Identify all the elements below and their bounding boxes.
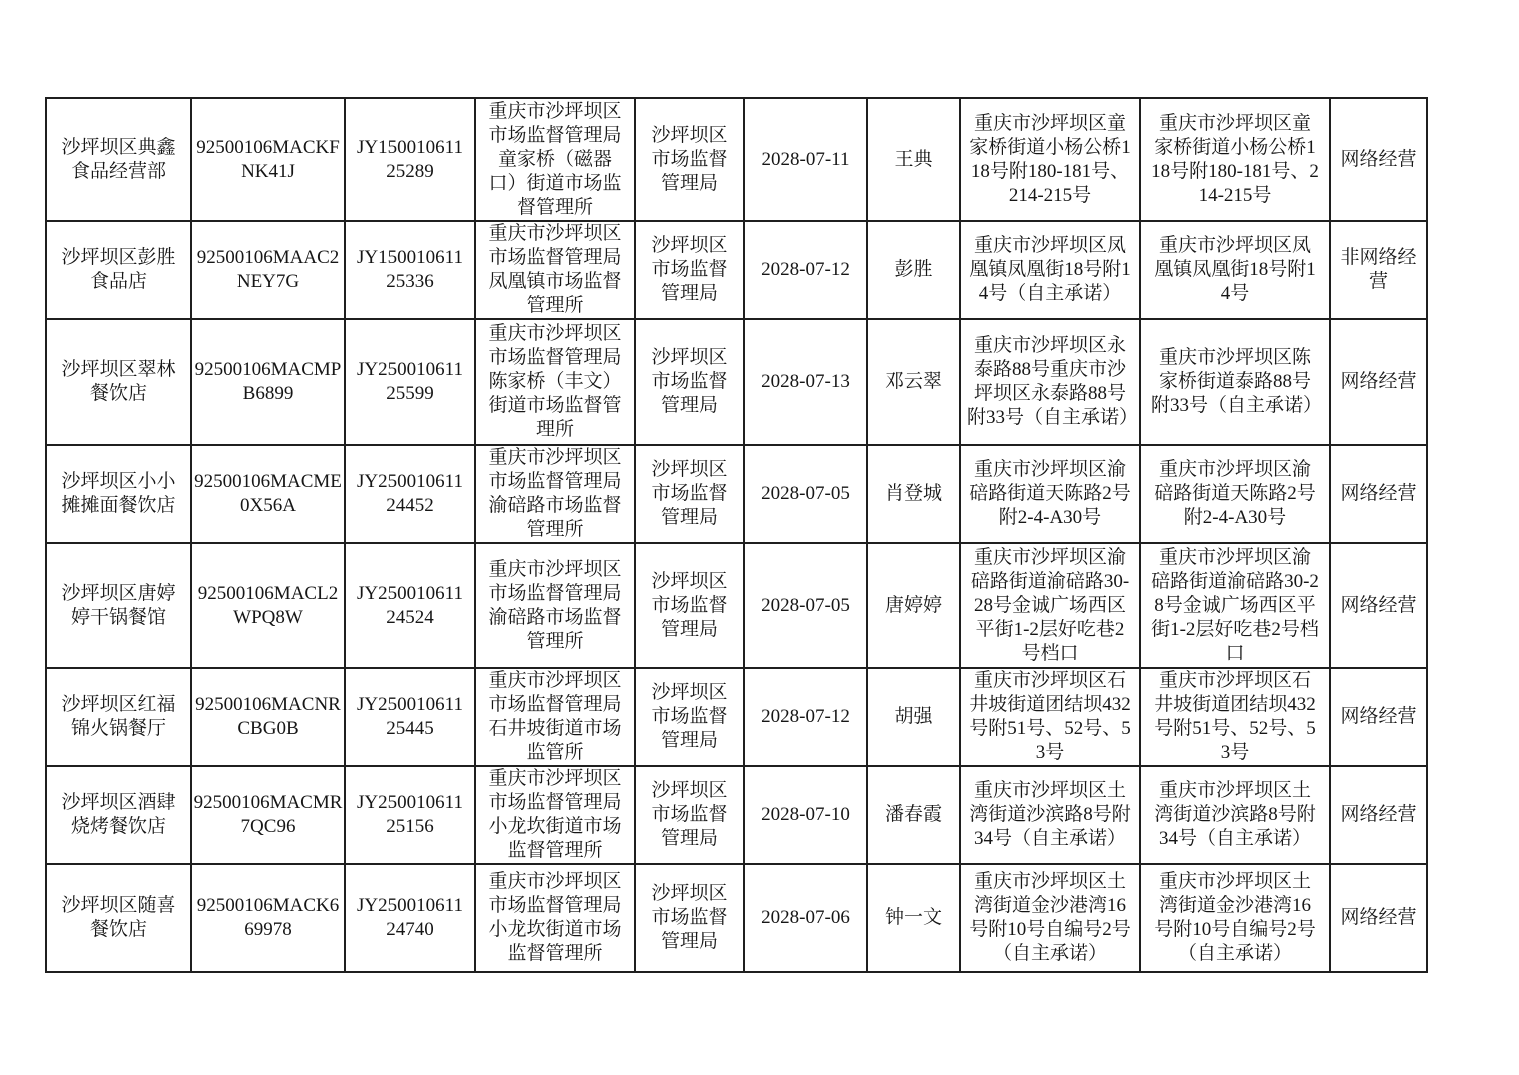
cell-date: 2028-07-05 <box>744 445 867 543</box>
table-row: 沙坪坝区彭胜食品店 92500106MAAC2NEY7G JY150010611… <box>46 221 1427 319</box>
cell-license-no: JY25001061124524 <box>345 543 475 668</box>
cell-address-2: 重庆市沙坪坝区土湾街道金沙港湾16号附10号自编号2号（自主承诺） <box>1140 864 1330 972</box>
cell-address-1: 重庆市沙坪坝区土湾街道金沙港湾16号附10号自编号2号（自主承诺） <box>960 864 1140 972</box>
cell-address-1: 重庆市沙坪坝区童家桥街道小杨公桥118号附180-181号、214-215号 <box>960 98 1140 221</box>
cell-license-no: JY25001061124452 <box>345 445 475 543</box>
cell-license-no: JY25001061125156 <box>345 766 475 864</box>
cell-authority: 沙坪坝区市场监督管理局 <box>635 543 744 668</box>
cell-address-1: 重庆市沙坪坝区渝碚路街道渝碚路30-28号金诚广场西区平街1-2层好吃巷2号档口 <box>960 543 1140 668</box>
cell-address-2: 重庆市沙坪坝区土湾街道沙滨路8号附34号（自主承诺） <box>1140 766 1330 864</box>
cell-registration-office: 重庆市沙坪坝区市场监督管理局石井坡街道市场监管所 <box>475 668 635 766</box>
cell-signatory: 胡强 <box>867 668 960 766</box>
cell-address-2: 重庆市沙坪坝区凤凰镇凤凰街18号附14号 <box>1140 221 1330 319</box>
cell-credit-code: 92500106MACK669978 <box>191 864 345 972</box>
cell-business-name: 沙坪坝区随喜餐饮店 <box>46 864 191 972</box>
cell-date: 2028-07-12 <box>744 221 867 319</box>
cell-address-2: 重庆市沙坪坝区石井坡街道团结坝432号附51号、52号、53号 <box>1140 668 1330 766</box>
cell-address-1: 重庆市沙坪坝区石井坡街道团结坝432号附51号、52号、53号 <box>960 668 1140 766</box>
document-page: 沙坪坝区典鑫食品经营部 92500106MACKFNK41J JY1500106… <box>0 0 1519 1075</box>
cell-business-type: 网络经营 <box>1330 319 1427 445</box>
cell-credit-code: 92500106MACL2WPQ8W <box>191 543 345 668</box>
cell-registration-office: 重庆市沙坪坝区市场监督管理局渝碚路市场监督管理所 <box>475 543 635 668</box>
cell-address-2: 重庆市沙坪坝区渝碚路街道渝碚路30-28号金诚广场西区平街1-2层好吃巷2号档口 <box>1140 543 1330 668</box>
cell-business-type: 网络经营 <box>1330 543 1427 668</box>
cell-signatory: 肖登城 <box>867 445 960 543</box>
cell-date: 2028-07-06 <box>744 864 867 972</box>
cell-registration-office: 重庆市沙坪坝区市场监督管理局渝碚路市场监督管理所 <box>475 445 635 543</box>
cell-address-2: 重庆市沙坪坝区童家桥街道小杨公桥118号附180-181号、214-215号 <box>1140 98 1330 221</box>
cell-business-type: 网络经营 <box>1330 445 1427 543</box>
cell-license-no: JY25001061125445 <box>345 668 475 766</box>
cell-business-name: 沙坪坝区翠林餐饮店 <box>46 319 191 445</box>
cell-business-name: 沙坪坝区红福锦火锅餐厅 <box>46 668 191 766</box>
table-row: 沙坪坝区随喜餐饮店 92500106MACK669978 JY250010611… <box>46 864 1427 972</box>
cell-credit-code: 92500106MACME0X56A <box>191 445 345 543</box>
cell-business-type: 网络经营 <box>1330 98 1427 221</box>
cell-date: 2028-07-13 <box>744 319 867 445</box>
cell-business-type: 非网络经营 <box>1330 221 1427 319</box>
cell-license-no: JY15001061125289 <box>345 98 475 221</box>
license-registry-table: 沙坪坝区典鑫食品经营部 92500106MACKFNK41J JY1500106… <box>45 97 1428 973</box>
cell-signatory: 潘春霞 <box>867 766 960 864</box>
cell-address-2: 重庆市沙坪坝区陈家桥街道泰路88号附33号（自主承诺） <box>1140 319 1330 445</box>
cell-license-no: JY25001061124740 <box>345 864 475 972</box>
cell-authority: 沙坪坝区市场监督管理局 <box>635 98 744 221</box>
cell-registration-office: 重庆市沙坪坝区市场监督管理局童家桥（磁器口）街道市场监督管理所 <box>475 98 635 221</box>
cell-registration-office: 重庆市沙坪坝区市场监督管理局小龙坎街道市场监督管理所 <box>475 766 635 864</box>
cell-credit-code: 92500106MACMPB6899 <box>191 319 345 445</box>
cell-registration-office: 重庆市沙坪坝区市场监督管理局小龙坎街道市场监督管理所 <box>475 864 635 972</box>
cell-address-1: 重庆市沙坪坝区永泰路88号重庆市沙坪坝区永泰路88号附33号（自主承诺） <box>960 319 1140 445</box>
cell-business-name: 沙坪坝区彭胜食品店 <box>46 221 191 319</box>
cell-signatory: 邓云翠 <box>867 319 960 445</box>
cell-authority: 沙坪坝区市场监督管理局 <box>635 864 744 972</box>
cell-signatory: 唐婷婷 <box>867 543 960 668</box>
cell-date: 2028-07-12 <box>744 668 867 766</box>
cell-signatory: 钟一文 <box>867 864 960 972</box>
cell-date: 2028-07-05 <box>744 543 867 668</box>
table-row: 沙坪坝区典鑫食品经营部 92500106MACKFNK41J JY1500106… <box>46 98 1427 221</box>
cell-license-no: JY25001061125599 <box>345 319 475 445</box>
cell-address-1: 重庆市沙坪坝区凤凰镇凤凰街18号附14号（自主承诺） <box>960 221 1140 319</box>
cell-address-1: 重庆市沙坪坝区渝碚路街道天陈路2号附2-4-A30号 <box>960 445 1140 543</box>
table-row: 沙坪坝区小小摊摊面餐饮店 92500106MACME0X56A JY250010… <box>46 445 1427 543</box>
cell-credit-code: 92500106MAAC2NEY7G <box>191 221 345 319</box>
cell-signatory: 王典 <box>867 98 960 221</box>
cell-registration-office: 重庆市沙坪坝区市场监督管理局陈家桥（丰文）街道市场监督管理所 <box>475 319 635 445</box>
cell-credit-code: 92500106MACNRCBG0B <box>191 668 345 766</box>
cell-authority: 沙坪坝区市场监督管理局 <box>635 445 744 543</box>
cell-business-name: 沙坪坝区小小摊摊面餐饮店 <box>46 445 191 543</box>
table-row: 沙坪坝区酒肆烧烤餐饮店 92500106MACMR7QC96 JY2500106… <box>46 766 1427 864</box>
cell-authority: 沙坪坝区市场监督管理局 <box>635 221 744 319</box>
cell-authority: 沙坪坝区市场监督管理局 <box>635 319 744 445</box>
cell-business-type: 网络经营 <box>1330 766 1427 864</box>
cell-business-name: 沙坪坝区典鑫食品经营部 <box>46 98 191 221</box>
cell-signatory: 彭胜 <box>867 221 960 319</box>
cell-business-name: 沙坪坝区酒肆烧烤餐饮店 <box>46 766 191 864</box>
cell-authority: 沙坪坝区市场监督管理局 <box>635 668 744 766</box>
cell-business-type: 网络经营 <box>1330 864 1427 972</box>
cell-date: 2028-07-10 <box>744 766 867 864</box>
cell-address-1: 重庆市沙坪坝区土湾街道沙滨路8号附34号（自主承诺） <box>960 766 1140 864</box>
cell-authority: 沙坪坝区市场监督管理局 <box>635 766 744 864</box>
cell-business-type: 网络经营 <box>1330 668 1427 766</box>
cell-credit-code: 92500106MACMR7QC96 <box>191 766 345 864</box>
cell-business-name: 沙坪坝区唐婷婷干锅餐馆 <box>46 543 191 668</box>
table-row: 沙坪坝区翠林餐饮店 92500106MACMPB6899 JY250010611… <box>46 319 1427 445</box>
cell-registration-office: 重庆市沙坪坝区市场监督管理局凤凰镇市场监督管理所 <box>475 221 635 319</box>
table-row: 沙坪坝区唐婷婷干锅餐馆 92500106MACL2WPQ8W JY2500106… <box>46 543 1427 668</box>
cell-credit-code: 92500106MACKFNK41J <box>191 98 345 221</box>
cell-license-no: JY15001061125336 <box>345 221 475 319</box>
cell-date: 2028-07-11 <box>744 98 867 221</box>
table-row: 沙坪坝区红福锦火锅餐厅 92500106MACNRCBG0B JY2500106… <box>46 668 1427 766</box>
cell-address-2: 重庆市沙坪坝区渝碚路街道天陈路2号附2-4-A30号 <box>1140 445 1330 543</box>
